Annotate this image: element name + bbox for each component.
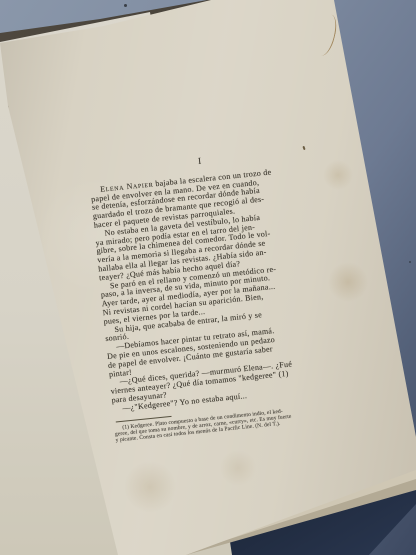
hair-stain xyxy=(313,13,340,58)
background-speck-top xyxy=(124,4,127,7)
photo-background: I Elena Napier bajaba la escalera con un… xyxy=(0,0,416,555)
background-speck-right xyxy=(409,261,411,263)
text-column: I Elena Napier bajaba la escalera con un… xyxy=(88,144,351,444)
paragraphs-container: Elena Napier bajaba la escalera con un t… xyxy=(90,163,348,414)
